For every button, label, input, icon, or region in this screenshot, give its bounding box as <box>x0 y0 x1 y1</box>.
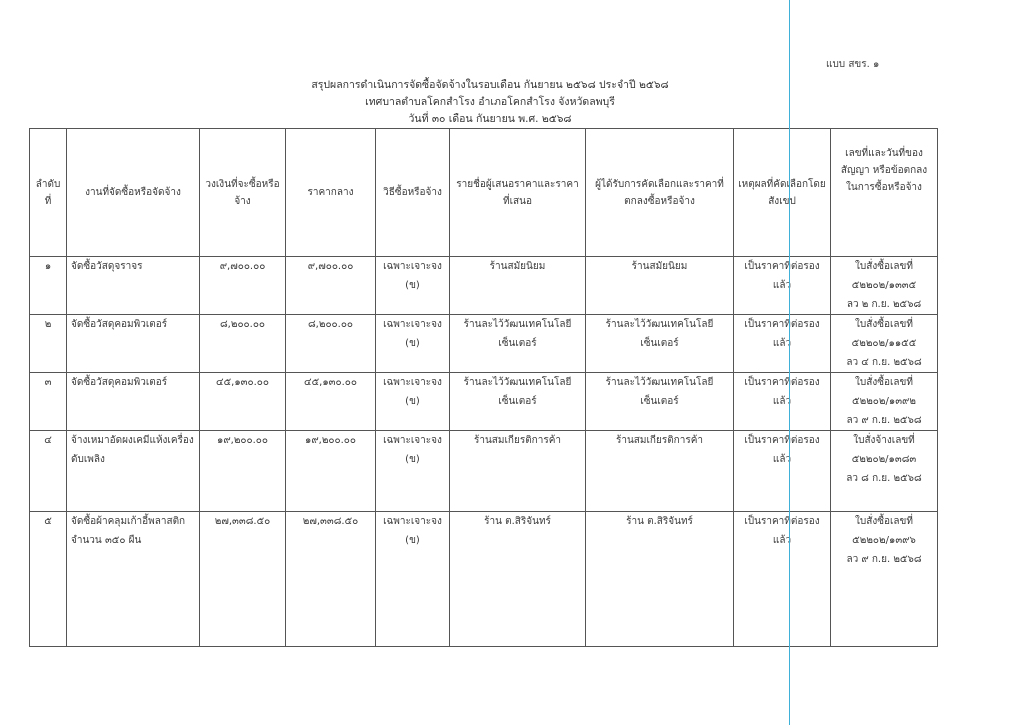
cell-contract: ใบสั่งซื้อเลขที่ ๕๒๒๐๒/๑๓๓๕ ลว ๒ ก.ย. ๒๕… <box>831 257 938 315</box>
contract-doc: ใบสั่งซื้อเลขที่ <box>835 315 933 334</box>
header-no: ลำดับที่ <box>30 129 67 257</box>
document-heading: สรุปผลการดำเนินการจัดซื้อจัดจ้างในรอบเดื… <box>280 77 700 128</box>
contract-date: ลว ๙ ก.ย. ๒๕๖๘ <box>835 411 933 430</box>
cell-budget: ๙,๗๐๐.๐๐ <box>200 257 286 315</box>
contract-date: ลว ๒ ก.ย. ๒๕๖๘ <box>835 295 933 314</box>
cell-reason: เป็นราคาที่ต่อรองแล้ว <box>734 431 831 512</box>
cell-no: ๒ <box>30 315 67 373</box>
contract-doc: ใบสั่งซื้อเลขที่ <box>835 512 933 531</box>
table-row: ๕ จัดซื้อผ้าคลุมเก้าอี้พลาสติกจำนวน ๓๕๐ … <box>30 512 938 647</box>
cell-reason: เป็นราคาที่ต่อรองแล้ว <box>734 315 831 373</box>
contract-doc: ใบสั่งซื้อเลขที่ <box>835 373 933 392</box>
header-bidders: รายชื่อผู้เสนอราคาและราคาที่เสนอ <box>450 129 586 257</box>
cell-method: เฉพาะเจาะจง (ข) <box>376 257 450 315</box>
procurement-summary-table: ลำดับที่ งานที่จัดซื้อหรือจัดจ้าง วงเงิน… <box>29 128 938 647</box>
cell-no: ๑ <box>30 257 67 315</box>
cell-median-price: ๘,๒๐๐.๐๐ <box>286 315 376 373</box>
cell-winner: ร้านละไว้วัฒนเทคโนโลยีเซ็นเตอร์ <box>586 373 734 431</box>
cell-method: เฉพาะเจาะจง (ข) <box>376 512 450 647</box>
cell-contract: ใบสั่งจ้างเลขที่ ๕๒๒๐๒/๑๓๘๓ ลว ๘ ก.ย. ๒๕… <box>831 431 938 512</box>
cell-budget: ๔๕,๑๓๐.๐๐ <box>200 373 286 431</box>
header-contract: เลขที่และวันที่ของสัญญา หรือข้อตกลงในการ… <box>831 129 938 257</box>
cell-method: เฉพาะเจาะจง (ข) <box>376 373 450 431</box>
header-reason: เหตุผลที่คัดเลือกโดยสังเขป <box>734 129 831 257</box>
table-row: ๒ จัดซื้อวัสดุคอมพิวเตอร์ ๘,๒๐๐.๐๐ ๘,๒๐๐… <box>30 315 938 373</box>
cell-method: เฉพาะเจาะจง (ข) <box>376 315 450 373</box>
table-row: ๑ จัดซื้อวัสดุจราจร ๙,๗๐๐.๐๐ ๙,๗๐๐.๐๐ เฉ… <box>30 257 938 315</box>
cell-winner: ร้านสมเกียรติการค้า <box>586 431 734 512</box>
cell-budget: ๘,๒๐๐.๐๐ <box>200 315 286 373</box>
cell-item: จ้างเหมาอัดผงเคมีแห้งเครื่องดับเพลิง <box>67 431 200 512</box>
cell-bidders: ร้านสมัยนิยม <box>450 257 586 315</box>
contract-date: ลว ๙ ก.ย. ๒๕๖๘ <box>835 550 933 569</box>
cell-item: จัดซื้อผ้าคลุมเก้าอี้พลาสติกจำนวน ๓๕๐ ผื… <box>67 512 200 647</box>
cell-reason: เป็นราคาที่ต่อรองแล้ว <box>734 257 831 315</box>
cell-contract: ใบสั่งซื้อเลขที่ ๕๒๒๐๒/๑๑๕๕ ลว ๔ ก.ย. ๒๕… <box>831 315 938 373</box>
heading-organization: เทศบาลตำบลโคกสำโรง อำเภอโคกสำโรง จังหวัด… <box>280 94 700 111</box>
heading-date: วันที่ ๓๐ เดือน กันยายน พ.ศ. ๒๕๖๘ <box>280 111 700 128</box>
cell-median-price: ๑๙,๒๐๐.๐๐ <box>286 431 376 512</box>
cell-reason: เป็นราคาที่ต่อรองแล้ว <box>734 373 831 431</box>
contract-date: ลว ๘ ก.ย. ๒๕๖๘ <box>835 469 933 488</box>
form-code: แบบ สขร. ๑ <box>826 57 879 72</box>
cell-no: ๓ <box>30 373 67 431</box>
heading-title: สรุปผลการดำเนินการจัดซื้อจัดจ้างในรอบเดื… <box>280 77 700 94</box>
cell-winner: ร้าน ต.สิริจันทร์ <box>586 512 734 647</box>
cell-method: เฉพาะเจาะจง (ข) <box>376 431 450 512</box>
cell-item: จัดซื้อวัสดุจราจร <box>67 257 200 315</box>
table-header-row: ลำดับที่ งานที่จัดซื้อหรือจัดจ้าง วงเงิน… <box>30 129 938 257</box>
cell-bidders: ร้านละไว้วัฒนเทคโนโลยีเซ็นเตอร์ <box>450 373 586 431</box>
cell-reason: เป็นราคาที่ต่อรองแล้ว <box>734 512 831 647</box>
cell-item: จัดซื้อวัสดุคอมพิวเตอร์ <box>67 373 200 431</box>
contract-number: ๕๒๒๐๒/๑๑๕๕ <box>835 334 933 353</box>
header-method: วิธีซื้อหรือจ้าง <box>376 129 450 257</box>
cell-no: ๔ <box>30 431 67 512</box>
scan-artifact-line <box>789 0 790 725</box>
cell-median-price: ๒๗,๓๓๘.๕๐ <box>286 512 376 647</box>
contract-number: ๕๒๒๐๒/๑๓๓๕ <box>835 276 933 295</box>
header-budget: วงเงินที่จะซื้อหรือจ้าง <box>200 129 286 257</box>
cell-winner: ร้านสมัยนิยม <box>586 257 734 315</box>
contract-date: ลว ๔ ก.ย. ๒๕๖๘ <box>835 353 933 372</box>
contract-doc: ใบสั่งจ้างเลขที่ <box>835 431 933 450</box>
cell-winner: ร้านละไว้วัฒนเทคโนโลยีเซ็นเตอร์ <box>586 315 734 373</box>
cell-contract: ใบสั่งซื้อเลขที่ ๕๒๒๐๒/๑๓๙๖ ลว ๙ ก.ย. ๒๕… <box>831 512 938 647</box>
contract-number: ๕๒๒๐๒/๑๓๙๖ <box>835 531 933 550</box>
header-winner: ผู้ได้รับการคัดเลือกและราคาที่ตกลงซื้อหร… <box>586 129 734 257</box>
header-item: งานที่จัดซื้อหรือจัดจ้าง <box>67 129 200 257</box>
cell-contract: ใบสั่งซื้อเลขที่ ๕๒๒๐๒/๑๓๙๒ ลว ๙ ก.ย. ๒๕… <box>831 373 938 431</box>
contract-number: ๕๒๒๐๒/๑๓๘๓ <box>835 450 933 469</box>
cell-bidders: ร้าน ต.สิริจันทร์ <box>450 512 586 647</box>
table-row: ๔ จ้างเหมาอัดผงเคมีแห้งเครื่องดับเพลิง ๑… <box>30 431 938 512</box>
cell-budget: ๒๗,๓๓๘.๕๐ <box>200 512 286 647</box>
cell-item: จัดซื้อวัสดุคอมพิวเตอร์ <box>67 315 200 373</box>
cell-bidders: ร้านละไว้วัฒนเทคโนโลยีเซ็นเตอร์ <box>450 315 586 373</box>
contract-doc: ใบสั่งซื้อเลขที่ <box>835 257 933 276</box>
cell-median-price: ๔๕,๑๓๐.๐๐ <box>286 373 376 431</box>
cell-median-price: ๙,๗๐๐.๐๐ <box>286 257 376 315</box>
contract-number: ๕๒๒๐๒/๑๓๙๒ <box>835 392 933 411</box>
cell-no: ๕ <box>30 512 67 647</box>
header-median-price: ราคากลาง <box>286 129 376 257</box>
table-row: ๓ จัดซื้อวัสดุคอมพิวเตอร์ ๔๕,๑๓๐.๐๐ ๔๕,๑… <box>30 373 938 431</box>
cell-bidders: ร้านสมเกียรติการค้า <box>450 431 586 512</box>
cell-budget: ๑๙,๒๐๐.๐๐ <box>200 431 286 512</box>
